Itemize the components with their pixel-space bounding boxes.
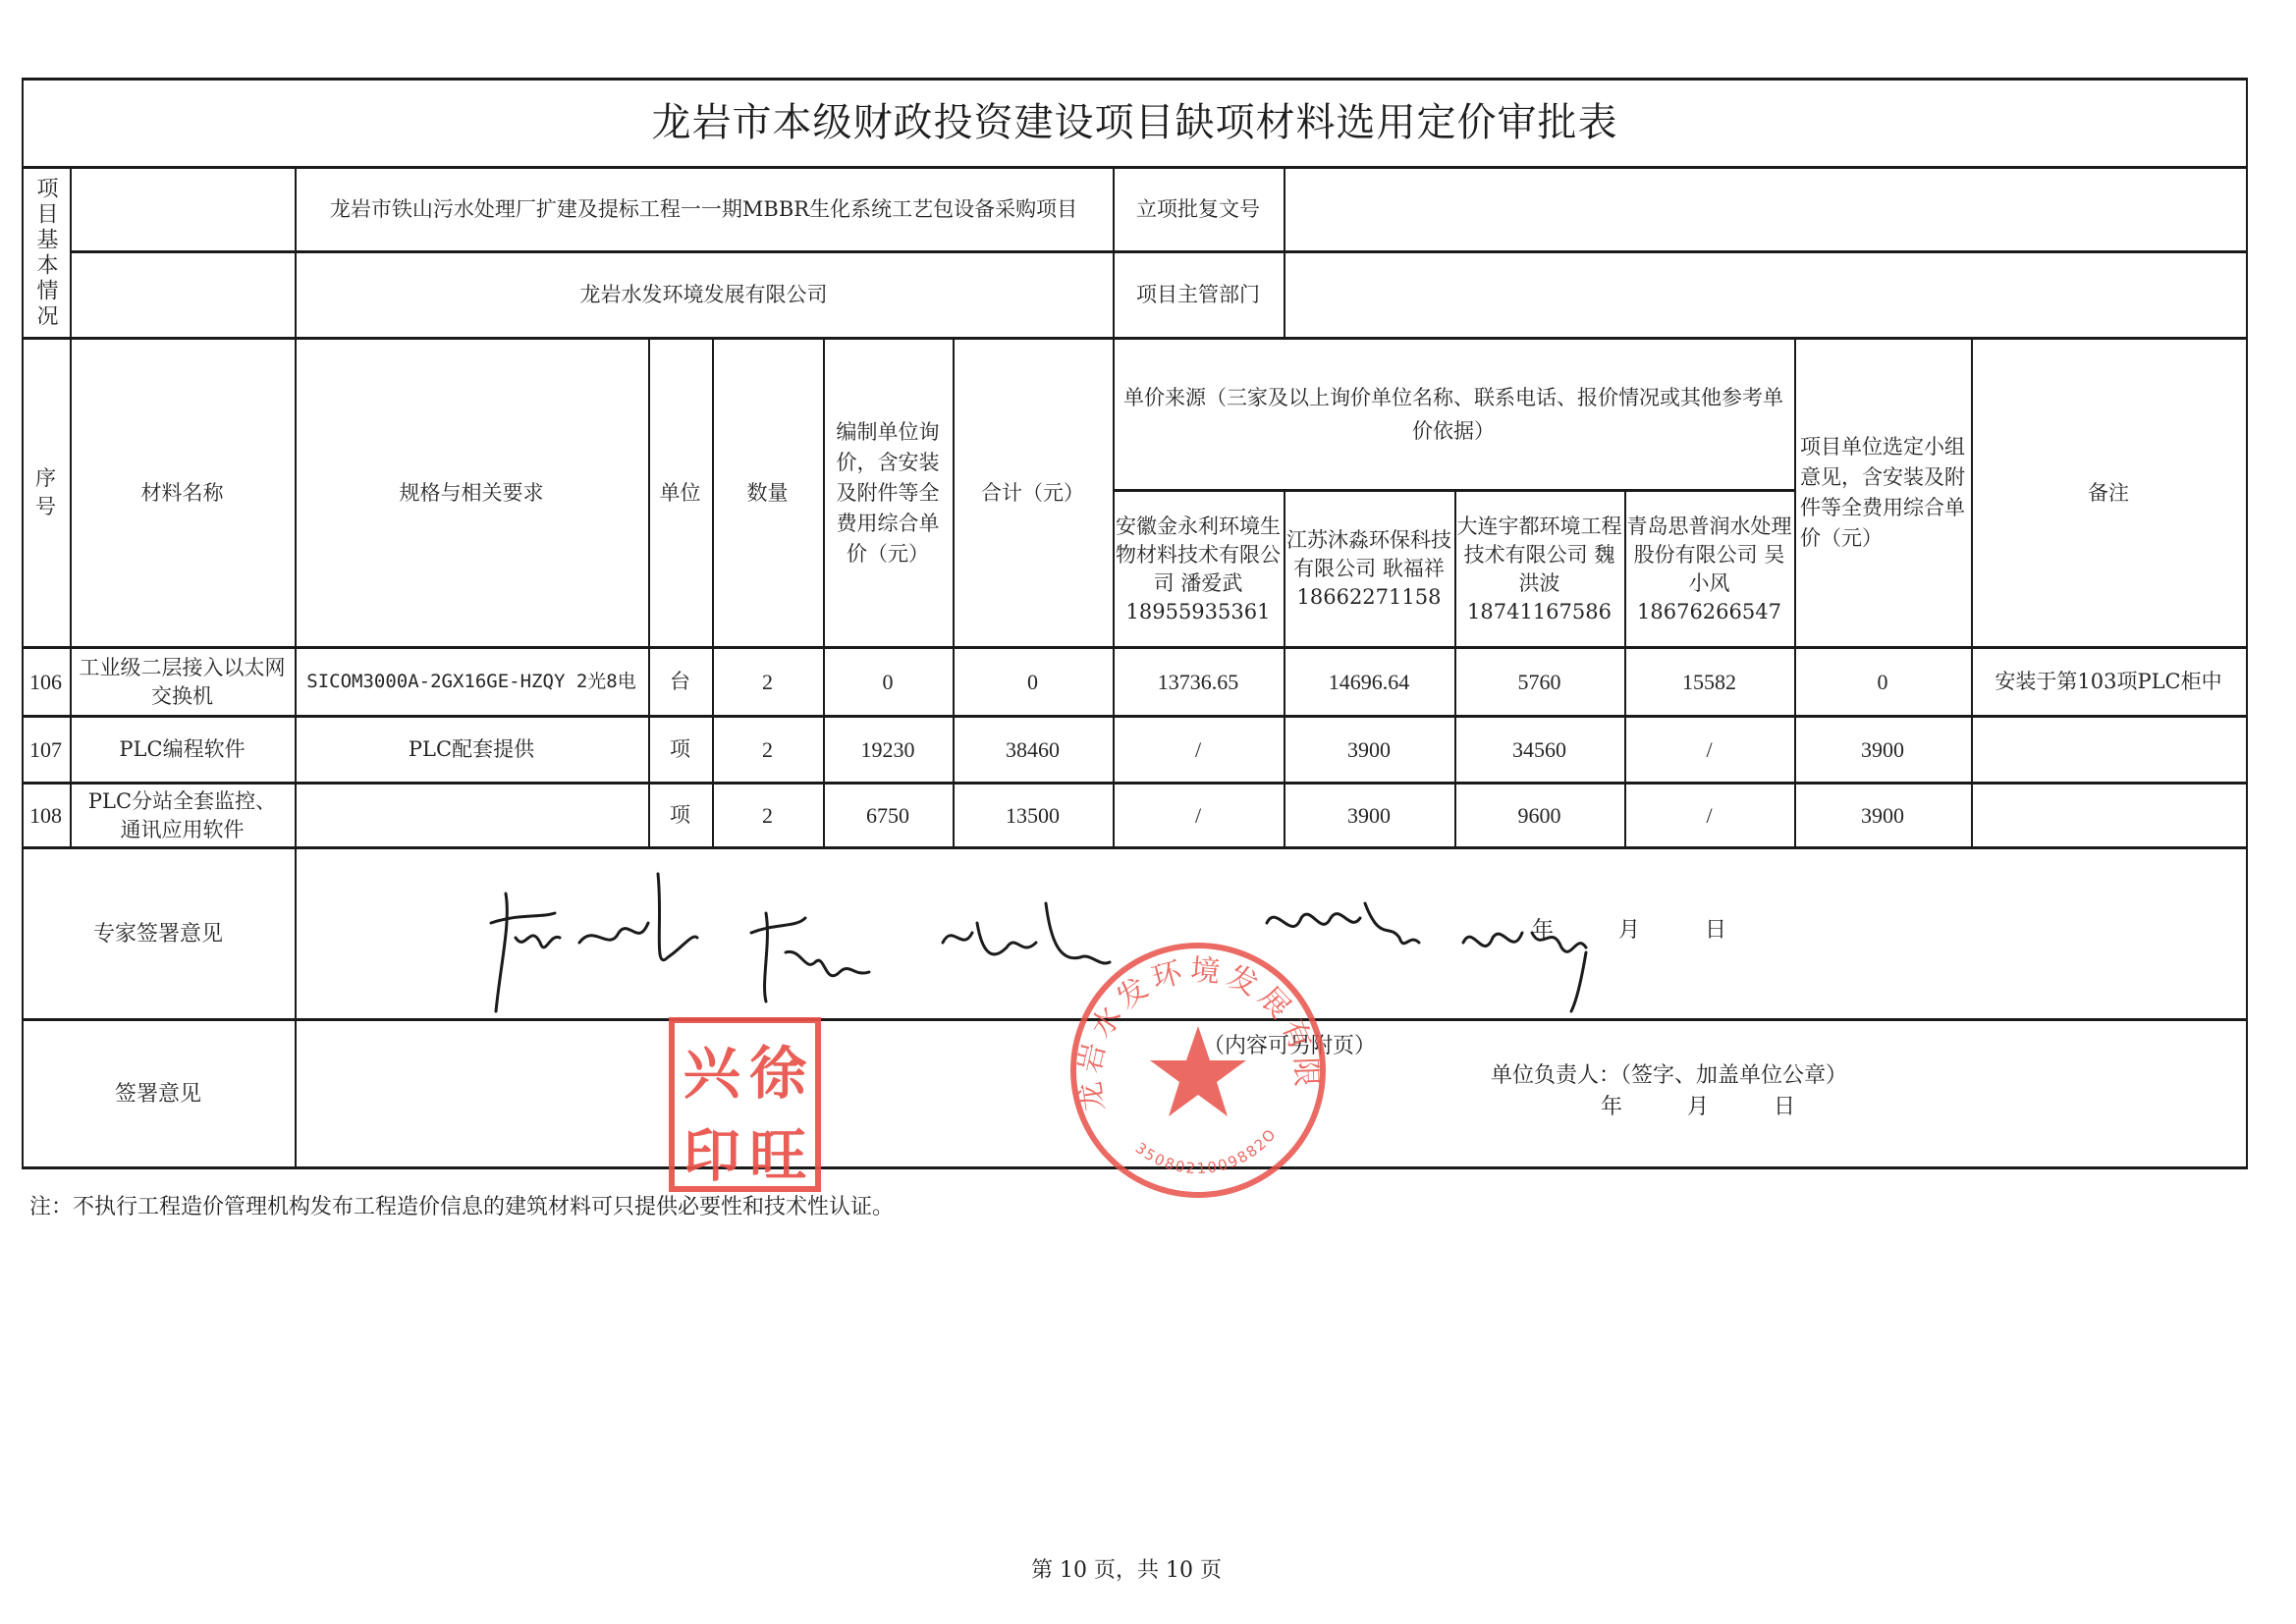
row-compile-price: 6750	[823, 785, 953, 846]
row-spec: PLC配套提供	[295, 718, 648, 782]
approval-doc-label: 立项批复文号	[1113, 169, 1284, 250]
header-price-source: 单价来源（三家及以上询价单位名称、联系电话、报价情况或其他参考单价依据）	[1113, 340, 1794, 489]
header-supplier-4: 青岛思普润水处理股份有限公司 吴小风 18676266547	[1624, 492, 1794, 646]
row-qty: 2	[712, 649, 823, 715]
seal-char: 兴	[679, 1027, 745, 1110]
dept-field[interactable]	[1284, 253, 2246, 337]
row-quote-4: /	[1624, 718, 1794, 782]
star-icon	[1150, 1026, 1246, 1116]
seal-char: 徐	[745, 1027, 812, 1110]
row-quote-4: 15582	[1624, 649, 1794, 715]
row-remark: 安装于第103项PLC柜中	[1971, 649, 2246, 715]
row-selected-price: 3900	[1794, 785, 1971, 846]
row-quote-2: 3900	[1284, 718, 1454, 782]
row-total: 13500	[953, 785, 1113, 846]
row-material: 工业级二层接入以太网交换机	[70, 649, 295, 715]
approval-doc-field[interactable]	[1284, 169, 2246, 250]
company-seal: 龙岩水发环境发展有限公司 3508021009882O	[1066, 938, 1331, 1203]
expert-opinion-label: 专家签署意见	[22, 849, 295, 1018]
row-unit: 台	[648, 649, 712, 715]
header-seq: 序号	[22, 340, 70, 646]
seal-char: 旺	[745, 1110, 812, 1192]
row-remark	[1971, 785, 2246, 846]
row-compile-price: 19230	[823, 718, 953, 782]
row-quote-3: 34560	[1454, 718, 1624, 782]
row-total: 38460	[953, 718, 1113, 782]
header-compile-price: 编制单位询价，含安装及附件等全费用综合单价（元）	[823, 340, 953, 646]
row-quote-1: 13736.65	[1113, 649, 1284, 715]
header-selected-price: 项目单位选定小组意见，含安装及附件等全费用综合单价（元）	[1794, 340, 1971, 646]
row-seq: 107	[22, 718, 70, 782]
row-quote-2: 3900	[1284, 785, 1454, 846]
row-total: 0	[953, 649, 1113, 715]
header-spec: 规格与相关要求	[295, 340, 648, 646]
row-qty: 2	[712, 718, 823, 782]
page-indicator: 第 10 页，共 10 页	[1031, 1553, 1222, 1584]
header-total: 合计（元）	[953, 340, 1113, 646]
row-quote-4: /	[1624, 785, 1794, 846]
row-quote-1: /	[1113, 785, 1284, 846]
row-qty: 2	[712, 785, 823, 846]
svg-text:3508021009882O: 3508021009882O	[1132, 1124, 1281, 1177]
row-compile-price: 0	[823, 649, 953, 715]
row-material: PLC分站全套监控、通讯应用软件	[70, 785, 295, 846]
row-selected-price: 3900	[1794, 718, 1971, 782]
row-quote-3: 9600	[1454, 785, 1624, 846]
header-qty: 数量	[712, 340, 823, 646]
row-quote-3: 5760	[1454, 649, 1624, 715]
header-remark: 备注	[1971, 340, 2246, 646]
header-supplier-3: 大连宇都环境工程技术有限公司 魏洪波 18741167586	[1454, 492, 1624, 646]
header-material: 材料名称	[70, 340, 295, 646]
col-divider	[295, 846, 297, 1167]
row-remark	[1971, 718, 2246, 782]
row-divider	[22, 846, 2248, 849]
responsible-person-label: 单位负责人：（签字、加盖单位公章）	[1491, 1058, 1847, 1089]
table-border-right	[2246, 78, 2248, 1168]
row-quote-2: 14696.64	[1284, 649, 1454, 715]
row-seq: 108	[22, 785, 70, 846]
row-seq: 106	[22, 649, 70, 715]
row-material: PLC编程软件	[70, 718, 295, 782]
form-title: 龙岩市本级财政投资建设项目缺项材料选用定价审批表	[22, 81, 2248, 166]
sign-date: 年 月 日	[1601, 1090, 1795, 1120]
row-quote-1: /	[1113, 718, 1284, 782]
row-spec: SICOM3000A-2GX16GE-HZQY 2光8电	[295, 649, 648, 715]
unit-name: 龙岩水发环境发展有限公司	[295, 253, 1113, 337]
header-unit: 单位	[648, 340, 712, 646]
sign-opinion-label: 签署意见	[22, 1021, 295, 1166]
project-name: 龙岩市铁山污水处理厂扩建及提标工程一一期MBBR生化系统工艺包设备采购项目	[295, 169, 1113, 250]
footnote: 注：不执行工程造价管理机构发布工程造价信息的建筑材料可只提供必要性和技术性认证。	[29, 1190, 894, 1220]
seal-code-text: 3508021009882O	[1132, 1124, 1281, 1177]
row-unit: 项	[648, 718, 712, 782]
header-supplier-2: 江苏沐淼环保科技有限公司 耿福祥 18662271158	[1284, 492, 1454, 646]
row-selected-price: 0	[1794, 649, 1971, 715]
seal-char: 印	[679, 1110, 745, 1192]
header-supplier-1: 安徽金永利环境生物材料技术有限公司 潘爱武 18955935361	[1113, 492, 1284, 646]
basic-info-section-label: 项目基本情况	[22, 169, 70, 337]
row-unit: 项	[648, 785, 712, 846]
dept-label: 项目主管部门	[1113, 253, 1284, 337]
personal-seal: 徐 旺 兴 印	[669, 1017, 821, 1192]
row-spec	[295, 785, 648, 846]
